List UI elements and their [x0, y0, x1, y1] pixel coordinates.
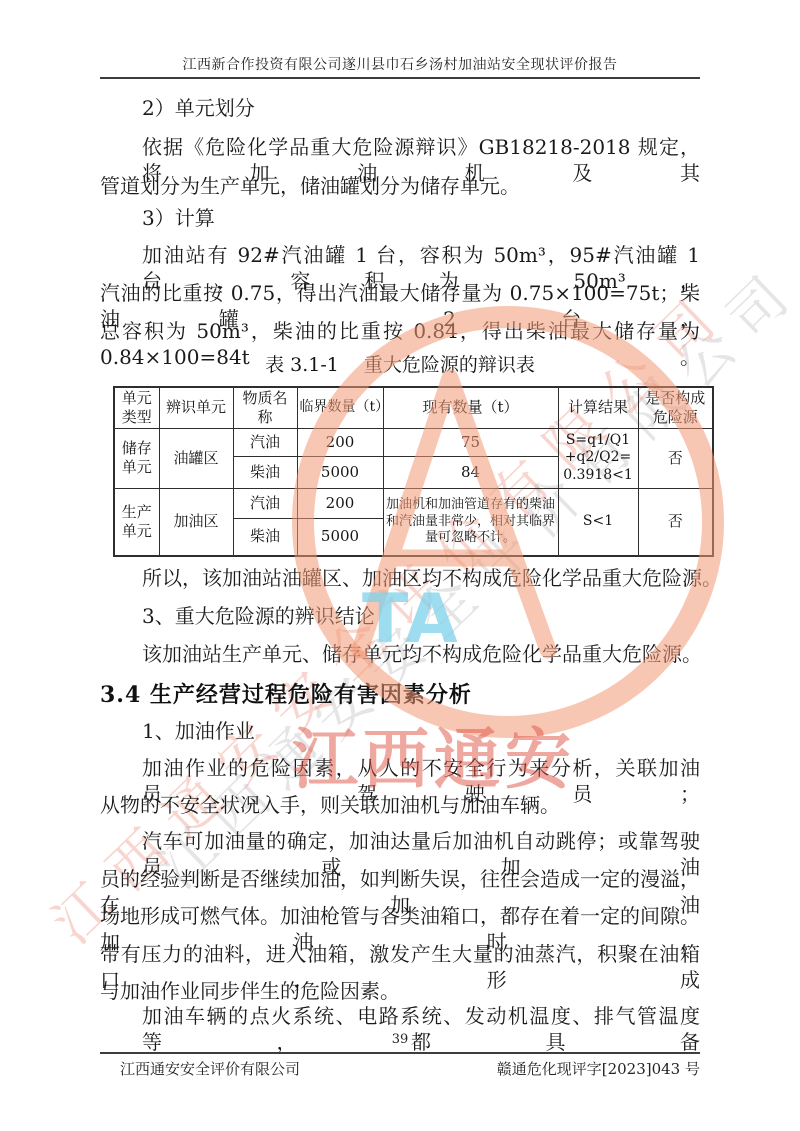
cell-existing: 84	[383, 456, 558, 488]
hazard-identification-table: 单元类型 辨识单元 物质名称 临界数量（t） 现有数量（t） 计算结果 是否构成…	[113, 386, 714, 557]
footer-company: 江西通安安全评价有限公司	[120, 1058, 300, 1079]
cell-critical: 200	[297, 488, 383, 518]
body-line: 与加油作业同步伴生的危险因素。	[100, 978, 400, 1004]
document-content: 江西新合作投资有限公司遂川县巾石乡汤村加油站安全现状评价报告 2）单元划分 依据…	[0, 0, 800, 1131]
page-number: 39	[100, 1032, 700, 1047]
cell-critical: 200	[297, 428, 383, 456]
cell-production-is-major: 否	[638, 488, 713, 556]
cell-material: 汽油	[233, 428, 297, 456]
col-header-unit-type: 单元类型	[114, 387, 159, 428]
cell-material: 柴油	[233, 456, 297, 488]
cell-storage-area: 油罐区	[159, 428, 233, 488]
cell-storage-result: S=q1/Q1+q2/Q2=0.3918<1	[558, 428, 638, 488]
col-header-is-major: 是否构成危险源	[638, 387, 713, 428]
col-header-existing-qty: 现有数量（t）	[383, 387, 558, 428]
cell-material: 柴油	[233, 518, 297, 556]
cell-critical: 5000	[297, 456, 383, 488]
body-line: 该加油站生产单元、储存单元均不构成危险化学品重大危险源。	[142, 641, 702, 667]
cell-production-type: 生产单元	[114, 488, 159, 556]
section-heading-3-4: 3.4 生产经营过程危险有害因素分析	[100, 678, 472, 709]
table-caption: 表 3.1-1 重大危险源的辩识表	[100, 350, 700, 377]
cell-critical: 5000	[297, 518, 383, 556]
cell-production-existing-note: 加油机和加油管道存有的柴油和汽油量非常少，相对其临界量可忽略不计。	[383, 488, 558, 556]
body-line: 1、加油作业	[142, 718, 255, 744]
page-header-title: 江西新合作投资有限公司遂川县巾石乡汤村加油站安全现状评价报告	[100, 54, 700, 74]
col-header-material: 物质名称	[233, 387, 297, 428]
col-header-calc-result: 计算结果	[558, 387, 638, 428]
table-row: 生产单元 加油区 汽油 200 加油机和加油管道存有的柴油和汽油量非常少，相对其…	[114, 488, 713, 518]
cell-production-result: S<1	[558, 488, 638, 556]
body-line: 3、重大危险源的辨识结论	[142, 603, 375, 629]
cell-existing: 75	[383, 428, 558, 456]
body-line: 管道划分为生产单元，储油罐划分为储存单元。	[100, 173, 520, 199]
col-header-critical-qty: 临界数量（t）	[297, 387, 383, 428]
body-line: 2）单元划分	[142, 95, 255, 121]
cell-storage-type: 储存单元	[114, 428, 159, 488]
header-rule	[100, 77, 700, 79]
footer-rule	[100, 1052, 700, 1054]
col-header-ident-unit: 辨识单元	[159, 387, 233, 428]
cell-production-area: 加油区	[159, 488, 233, 556]
table-row: 储存单元 油罐区 汽油 200 75 S=q1/Q1+q2/Q2=0.3918<…	[114, 428, 713, 456]
document-page: 江西通安安全评价有限公司 江西通安安全评价有限公司 江西新合作投资有限公司遂川县…	[0, 0, 800, 1131]
cell-storage-is-major: 否	[638, 428, 713, 488]
body-line: 所以，该加油站油罐区、加油区均不构成危险化学品重大危险源。	[142, 565, 722, 591]
table-header-row: 单元类型 辨识单元 物质名称 临界数量（t） 现有数量（t） 计算结果 是否构成…	[114, 387, 713, 428]
body-line: 加油车辆的点火系统、电路系统、发动机温度、排气管温度等，都具备	[142, 1003, 700, 1055]
cell-material: 汽油	[233, 488, 297, 518]
footer-doc-number: 赣通危化现评字[2023]043 号	[497, 1058, 700, 1079]
body-line: 3）计算	[142, 205, 215, 231]
body-line: 从物的不安全状况入手，则关联加油机与加油车辆。	[100, 792, 560, 818]
